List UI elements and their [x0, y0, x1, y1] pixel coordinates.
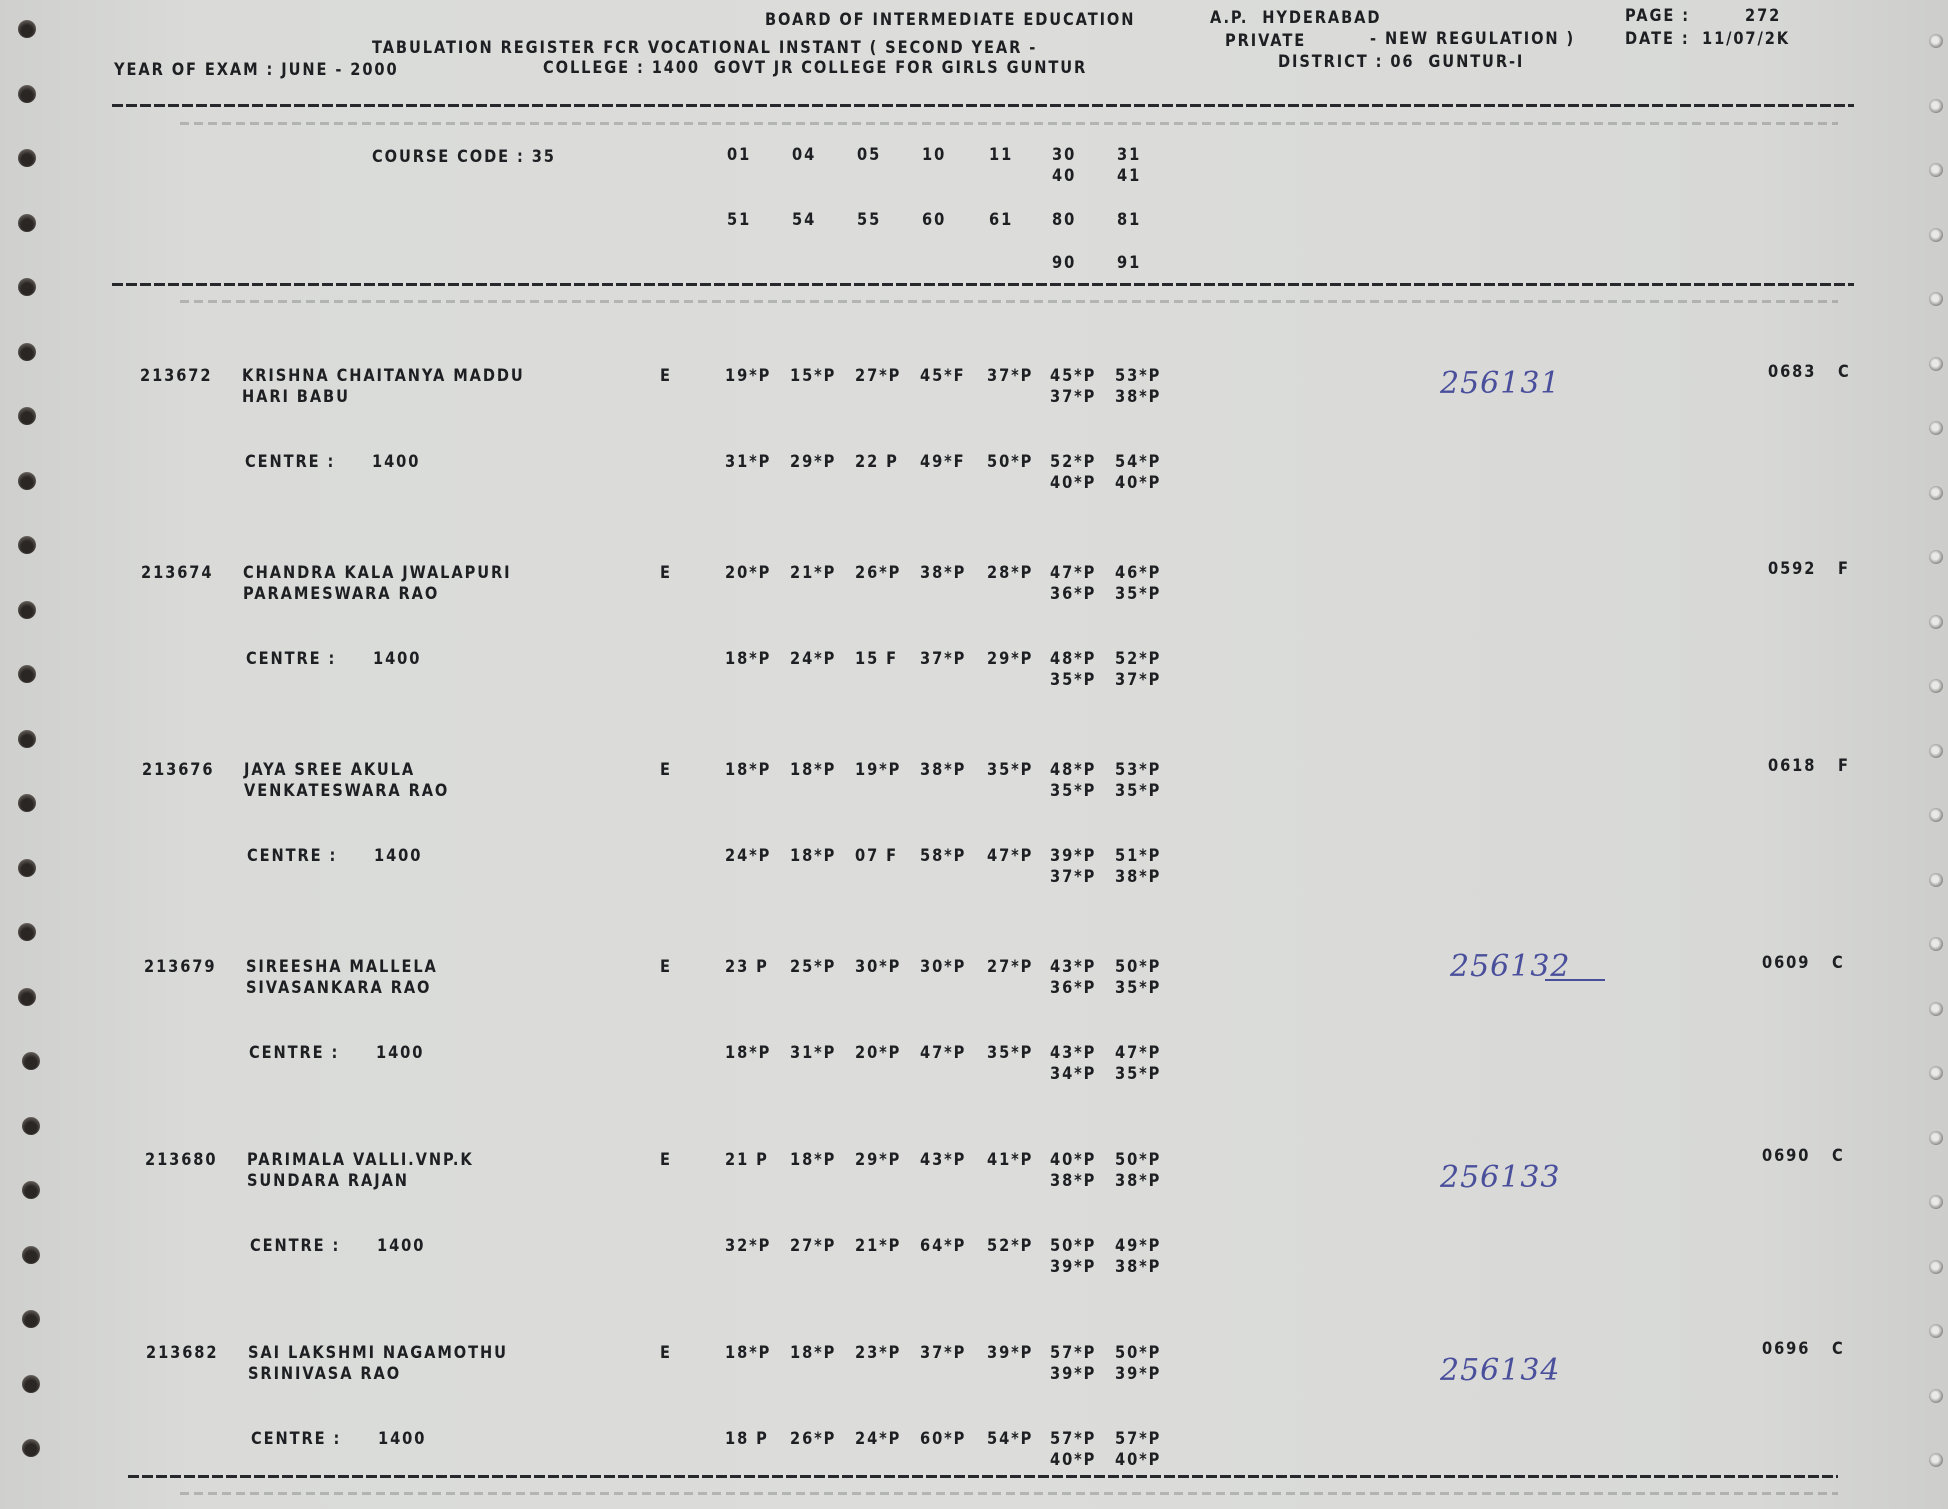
- tractor-hole: [1929, 937, 1943, 951]
- tractor-hole: [18, 665, 36, 683]
- tractor-hole: [1929, 1260, 1943, 1274]
- print-date: 11/07/2K: [1702, 29, 1790, 49]
- subject-mark: 32*P: [725, 1236, 771, 1256]
- regulation: - NEW REGULATION ): [1370, 29, 1575, 49]
- subject-code: 05: [857, 145, 881, 165]
- registration-number: 213682: [146, 1343, 218, 1363]
- subject-mark: 18*P: [790, 846, 836, 866]
- subject-mark: 30*P: [855, 957, 901, 977]
- subject-code: 01: [727, 145, 751, 165]
- student-name: CHANDRA KALA JWALAPURI: [243, 563, 511, 583]
- subject-mark: 52*P: [987, 1236, 1033, 1256]
- subject-mark: 43*P: [1050, 1043, 1096, 1063]
- subject-mark: 37*P: [920, 1343, 966, 1363]
- tractor-hole: [18, 601, 36, 619]
- subject-mark: 37*P: [1050, 387, 1096, 407]
- tractor-hole: [18, 923, 36, 941]
- dashed-rule-ghost: [180, 122, 1838, 125]
- medium: E: [660, 1150, 672, 1170]
- subject-mark: 43*P: [1050, 957, 1096, 977]
- tractor-hole: [18, 214, 36, 232]
- subject-mark: 07 F: [855, 846, 898, 866]
- register-title: TABULATION REGISTER FCR VOCATIONAL INSTA…: [372, 38, 1037, 58]
- subject-mark: 53*P: [1115, 760, 1161, 780]
- centre-number: 1400: [378, 1429, 426, 1449]
- subject-code: 04: [792, 145, 816, 165]
- registration-number: 213680: [145, 1150, 217, 1170]
- handwritten-number: 256131: [1440, 366, 1561, 401]
- subject-mark: 39*P: [1050, 846, 1096, 866]
- tractor-hole: [1929, 1324, 1943, 1338]
- subject-mark: 64*P: [920, 1236, 966, 1256]
- subject-mark: 47*P: [1050, 563, 1096, 583]
- dashed-rule: [128, 1475, 1838, 1478]
- subject-mark: 45*F: [920, 366, 966, 386]
- centre-number: 1400: [373, 649, 421, 669]
- subject-mark: 38*P: [920, 563, 966, 583]
- centre-number: 1400: [372, 452, 420, 472]
- tractor-hole: [18, 20, 36, 38]
- subject-mark: 38*P: [1115, 387, 1161, 407]
- subject-mark: 52*P: [1115, 649, 1161, 669]
- subject-mark: 48*P: [1050, 649, 1096, 669]
- total-marks: 0696: [1762, 1339, 1810, 1359]
- total-marks: 0683: [1768, 362, 1816, 382]
- subject-code: 41: [1117, 166, 1141, 186]
- subject-mark: 57*P: [1050, 1343, 1096, 1363]
- student-name: KRISHNA CHAITANYA MADDU: [242, 366, 525, 386]
- medium: E: [660, 760, 672, 780]
- subject-mark: 19*P: [855, 760, 901, 780]
- subject-mark: 38*P: [1050, 1171, 1096, 1191]
- medium: E: [660, 1343, 672, 1363]
- tractor-hole: [1929, 1453, 1943, 1467]
- subject-mark: 15*P: [790, 366, 836, 386]
- board-location: A.P. HYDERABAD: [1210, 8, 1381, 28]
- subject-mark: 18*P: [725, 1043, 771, 1063]
- subject-mark: 35*P: [1115, 781, 1161, 801]
- tractor-hole: [1929, 99, 1943, 113]
- subject-mark: 39*P: [987, 1343, 1033, 1363]
- parent-name: HARI BABU: [242, 387, 350, 407]
- subject-mark: 58*P: [920, 846, 966, 866]
- page-label: PAGE :: [1625, 6, 1690, 26]
- result-code: F: [1838, 559, 1850, 579]
- subject-mark: 49*P: [1115, 1236, 1161, 1256]
- student-name: SIREESHA MALLELA: [246, 957, 438, 977]
- tractor-hole: [1929, 34, 1943, 48]
- subject-mark: 35*P: [1115, 584, 1161, 604]
- subject-mark: 21*P: [855, 1236, 901, 1256]
- subject-code: 81: [1117, 210, 1141, 230]
- subject-mark: 50*P: [1115, 957, 1161, 977]
- subject-mark: 38*P: [920, 760, 966, 780]
- subject-mark: 37*P: [987, 366, 1033, 386]
- dashed-rule-ghost: [180, 300, 1838, 303]
- subject-mark: 40*P: [1050, 473, 1096, 493]
- tractor-hole: [1929, 615, 1943, 629]
- subject-mark: 23*P: [855, 1343, 901, 1363]
- tractor-hole: [22, 1052, 40, 1070]
- tractor-hole: [1929, 550, 1943, 564]
- registration-number: 213679: [144, 957, 216, 977]
- subject-mark: 15 F: [855, 649, 898, 669]
- centre-label: CENTRE :: [250, 1236, 340, 1256]
- subject-code: 55: [857, 210, 881, 230]
- total-marks: 0592: [1768, 559, 1816, 579]
- subject-code: 61: [989, 210, 1013, 230]
- subject-mark: 28*P: [987, 563, 1033, 583]
- date-label: DATE :: [1625, 29, 1690, 49]
- subject-mark: 40*P: [1115, 473, 1161, 493]
- tractor-hole: [22, 1310, 40, 1328]
- medium: E: [660, 957, 672, 977]
- subject-mark: 24*P: [790, 649, 836, 669]
- tractor-hole: [1929, 1195, 1943, 1209]
- handwritten-number: 256133: [1440, 1160, 1561, 1195]
- tractor-hole: [18, 794, 36, 812]
- course-code-label: COURSE CODE : 35: [372, 147, 556, 167]
- subject-mark: 35*P: [987, 1043, 1033, 1063]
- handwritten-number: 256134: [1440, 1353, 1561, 1388]
- subject-mark: 29*P: [987, 649, 1033, 669]
- parent-name: VENKATESWARA RAO: [244, 781, 449, 801]
- district-info: DISTRICT : 06 GUNTUR-I: [1278, 52, 1524, 72]
- tractor-hole: [1929, 808, 1943, 822]
- subject-mark: 54*P: [987, 1429, 1033, 1449]
- subject-mark: 52*P: [1050, 452, 1096, 472]
- tractor-hole: [1929, 357, 1943, 371]
- subject-mark: 38*P: [1115, 1257, 1161, 1277]
- subject-mark: 21*P: [790, 563, 836, 583]
- tractor-hole: [1929, 679, 1943, 693]
- subject-mark: 22 P: [855, 452, 899, 472]
- subject-mark: 40*P: [1115, 1450, 1161, 1470]
- subject-mark: 35*P: [1115, 1064, 1161, 1084]
- centre-label: CENTRE :: [249, 1043, 339, 1063]
- centre-label: CENTRE :: [247, 846, 337, 866]
- subject-mark: 51*P: [1115, 846, 1161, 866]
- subject-mark: 47*P: [1115, 1043, 1161, 1063]
- tractor-hole: [1929, 292, 1943, 306]
- subject-mark: 20*P: [855, 1043, 901, 1063]
- subject-mark: 47*P: [987, 846, 1033, 866]
- registration-number: 213674: [141, 563, 213, 583]
- dashed-rule: [112, 104, 1854, 107]
- subject-mark: 37*P: [920, 649, 966, 669]
- subject-mark: 57*P: [1050, 1429, 1096, 1449]
- subject-mark: 30*P: [920, 957, 966, 977]
- subject-code: 91: [1117, 253, 1141, 273]
- subject-mark: 19*P: [725, 366, 771, 386]
- subject-code: 90: [1052, 253, 1076, 273]
- subject-mark: 24*P: [855, 1429, 901, 1449]
- result-code: C: [1832, 1339, 1845, 1359]
- subject-mark: 39*P: [1050, 1364, 1096, 1384]
- subject-mark: 27*P: [790, 1236, 836, 1256]
- tractor-hole: [18, 343, 36, 361]
- subject-mark: 18*P: [725, 760, 771, 780]
- subject-mark: 18*P: [725, 649, 771, 669]
- subject-mark: 46*P: [1115, 563, 1161, 583]
- total-marks: 0690: [1762, 1146, 1810, 1166]
- subject-mark: 24*P: [725, 846, 771, 866]
- subject-mark: 29*P: [790, 452, 836, 472]
- parent-name: SUNDARA RAJAN: [247, 1171, 409, 1191]
- subject-mark: 20*P: [725, 563, 771, 583]
- subject-mark: 27*P: [855, 366, 901, 386]
- subject-mark: 34*P: [1050, 1064, 1096, 1084]
- total-marks: 0609: [1762, 953, 1810, 973]
- subject-mark: 31*P: [790, 1043, 836, 1063]
- subject-mark: 18*P: [790, 760, 836, 780]
- tractor-hole: [18, 859, 36, 877]
- subject-mark: 26*P: [855, 563, 901, 583]
- subject-mark: 27*P: [987, 957, 1033, 977]
- tractor-hole: [18, 149, 36, 167]
- tractor-hole: [22, 1246, 40, 1264]
- tractor-hole: [1929, 163, 1943, 177]
- result-code: C: [1832, 1146, 1845, 1166]
- subject-code: 10: [922, 145, 946, 165]
- college-info: COLLEGE : 1400 GOVT JR COLLEGE FOR GIRLS…: [543, 58, 1087, 78]
- tractor-hole: [18, 536, 36, 554]
- subject-mark: 47*P: [920, 1043, 966, 1063]
- tractor-hole: [18, 730, 36, 748]
- centre-label: CENTRE :: [245, 452, 335, 472]
- tractor-hole: [22, 1375, 40, 1393]
- subject-code: 80: [1052, 210, 1076, 230]
- tractor-hole: [1929, 1389, 1943, 1403]
- subject-mark: 36*P: [1050, 584, 1096, 604]
- subject-mark: 18 P: [725, 1429, 769, 1449]
- year-of-exam: YEAR OF EXAM : JUNE - 2000: [114, 60, 399, 80]
- tractor-hole: [1929, 1002, 1943, 1016]
- tractor-hole: [18, 988, 36, 1006]
- subject-mark: 53*P: [1115, 366, 1161, 386]
- result-code: F: [1838, 756, 1850, 776]
- subject-mark: 38*P: [1115, 867, 1161, 887]
- dashed-rule-ghost: [180, 1492, 1838, 1495]
- centre-number: 1400: [377, 1236, 425, 1256]
- tractor-hole: [22, 1439, 40, 1457]
- subject-mark: 23 P: [725, 957, 769, 977]
- subject-mark: 48*P: [1050, 760, 1096, 780]
- subject-mark: 50*P: [1115, 1150, 1161, 1170]
- tractor-hole: [18, 407, 36, 425]
- subject-mark: 45*P: [1050, 366, 1096, 386]
- board-title: BOARD OF INTERMEDIATE EDUCATION: [765, 10, 1135, 30]
- subject-code: 30: [1052, 145, 1076, 165]
- subject-mark: 35*P: [1050, 781, 1096, 801]
- tractor-hole: [18, 472, 36, 490]
- subject-mark: 41*P: [987, 1150, 1033, 1170]
- subject-mark: 38*P: [1115, 1171, 1161, 1191]
- parent-name: SIVASANKARA RAO: [246, 978, 431, 998]
- subject-mark: 29*P: [855, 1150, 901, 1170]
- student-name: JAYA SREE AKULA: [244, 760, 415, 780]
- subject-mark: 21 P: [725, 1150, 769, 1170]
- tractor-hole: [18, 85, 36, 103]
- pen-underline: [1545, 979, 1605, 981]
- registration-number: 213672: [140, 366, 212, 386]
- subject-mark: 37*P: [1050, 867, 1096, 887]
- subject-mark: 36*P: [1050, 978, 1096, 998]
- subject-mark: 35*P: [1050, 670, 1096, 690]
- centre-label: CENTRE :: [251, 1429, 341, 1449]
- subject-mark: 37*P: [1115, 670, 1161, 690]
- subject-mark: 54*P: [1115, 452, 1161, 472]
- tractor-hole: [1929, 1131, 1943, 1145]
- centre-number: 1400: [374, 846, 422, 866]
- result-code: C: [1838, 362, 1851, 382]
- subject-mark: 40*P: [1050, 1450, 1096, 1470]
- tractor-hole: [1929, 486, 1943, 500]
- subject-mark: 60*P: [920, 1429, 966, 1449]
- subject-code: 60: [922, 210, 946, 230]
- tractor-hole: [1929, 228, 1943, 242]
- total-marks: 0618: [1768, 756, 1816, 776]
- student-name: SAI LAKSHMI NAGAMOTHU: [248, 1343, 508, 1363]
- dashed-rule: [112, 283, 1854, 286]
- subject-mark: 26*P: [790, 1429, 836, 1449]
- parent-name: SRINIVASA RAO: [248, 1364, 401, 1384]
- medium: E: [660, 563, 672, 583]
- subject-mark: 18*P: [790, 1343, 836, 1363]
- subject-mark: 50*P: [1050, 1236, 1096, 1256]
- tractor-hole: [1929, 1066, 1943, 1080]
- subject-code: 40: [1052, 166, 1076, 186]
- subject-mark: 43*P: [920, 1150, 966, 1170]
- subject-code: 11: [989, 145, 1013, 165]
- result-code: C: [1832, 953, 1845, 973]
- tractor-hole: [22, 1117, 40, 1135]
- subject-mark: 50*P: [987, 452, 1033, 472]
- registration-number: 213676: [142, 760, 214, 780]
- exam-category: PRIVATE: [1225, 31, 1306, 51]
- subject-mark: 49*F: [920, 452, 966, 472]
- student-name: PARIMALA VALLI.VNP.K: [247, 1150, 474, 1170]
- subject-mark: 18*P: [725, 1343, 771, 1363]
- subject-code: 54: [792, 210, 816, 230]
- tractor-hole: [22, 1181, 40, 1199]
- subject-mark: 40*P: [1050, 1150, 1096, 1170]
- subject-mark: 39*P: [1050, 1257, 1096, 1277]
- subject-mark: 57*P: [1115, 1429, 1161, 1449]
- subject-mark: 18*P: [790, 1150, 836, 1170]
- tractor-hole: [1929, 873, 1943, 887]
- tractor-hole: [1929, 421, 1943, 435]
- subject-mark: 50*P: [1115, 1343, 1161, 1363]
- page-number: 272: [1745, 6, 1781, 26]
- tractor-hole: [1929, 744, 1943, 758]
- subject-mark: 39*P: [1115, 1364, 1161, 1384]
- subject-mark: 35*P: [987, 760, 1033, 780]
- subject-code: 51: [727, 210, 751, 230]
- tractor-hole: [18, 278, 36, 296]
- subject-mark: 31*P: [725, 452, 771, 472]
- subject-mark: 25*P: [790, 957, 836, 977]
- medium: E: [660, 366, 672, 386]
- subject-code: 31: [1117, 145, 1141, 165]
- parent-name: PARAMESWARA RAO: [243, 584, 439, 604]
- centre-label: CENTRE :: [246, 649, 336, 669]
- centre-number: 1400: [376, 1043, 424, 1063]
- subject-mark: 35*P: [1115, 978, 1161, 998]
